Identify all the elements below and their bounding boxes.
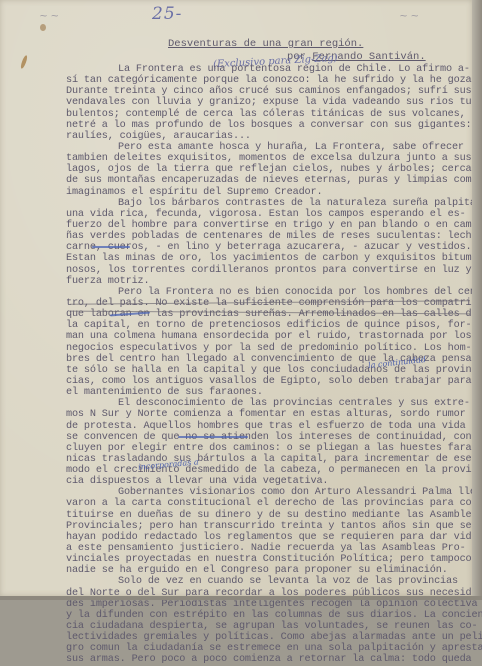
pen-strikethrough <box>92 246 130 248</box>
text-line: tambien deleites exquisitos, momentos de… <box>66 153 476 164</box>
pencil-mark: ⁓ ⁓ <box>40 12 58 21</box>
text-line: de protesta. Aquellos hombres que tras e… <box>66 421 476 432</box>
text-line: de sus montañas encaperuzadas de nieves … <box>66 175 476 186</box>
ink-stain <box>40 24 46 31</box>
text-line: cias, como los antiguos vasallos de Egip… <box>66 376 476 387</box>
text-line: Solo de vez en cuando se levanta la voz … <box>66 576 476 587</box>
text-line: El desconocimiento de las provincias cen… <box>66 398 476 409</box>
text-line: Durante treinta y cinco años crucé sus c… <box>66 86 476 97</box>
text-line: Pero la Frontera no es bien conocida por… <box>66 287 476 298</box>
text-line: te sólo se halla en la capital y que los… <box>66 365 476 376</box>
text-line: fuerzo del hombre para convertirse en tr… <box>66 220 476 231</box>
text-line: La Frontera es una portentosa region de … <box>66 64 476 75</box>
text-line: Pero esta amante hosca y huraña, La Fron… <box>66 142 476 153</box>
text-line: fuerza motriz. <box>66 276 476 287</box>
text-line: ñas verdes pobladas de centenares de mil… <box>66 231 476 242</box>
ink-stain <box>20 55 29 70</box>
text-line: bulentos; contemplé de cerca las cóleras… <box>66 109 476 120</box>
text-line: cluyen por elegir entre dos caminos: o s… <box>66 443 476 454</box>
text-line: man una colmena humana ensordecida por e… <box>66 331 476 342</box>
text-line: Gobernantes visionarios como don Arturo … <box>66 487 476 498</box>
text-line: netré a lo mas profundo de los bosques a… <box>66 120 476 131</box>
text-line: una vida rica, fecunda, vigorosa. Estan … <box>66 209 476 220</box>
document-page: ⁓ ⁓ ⁓ ⁓ 25- Desventuras de una gran regi… <box>0 0 472 596</box>
text-line: modo el crecimiento desmedido de la cabe… <box>66 465 476 476</box>
text-line: Estan las minas de oro, los yacimientos … <box>66 253 476 264</box>
document-title: Desventuras de una gran región. <box>168 38 363 50</box>
text-line: el mantenimiento de sus faraones. <box>66 387 476 398</box>
text-line: tituirse en dueñas de su dinero y de su … <box>66 510 476 521</box>
page-edge <box>0 596 482 600</box>
page-edge <box>472 0 482 600</box>
text-line: Provinciales; pero han transcurrido trei… <box>66 521 476 532</box>
text-line: Bajo los bárbaros contrastes de la natur… <box>66 198 476 209</box>
text-line: vendavales con lluvia y granizo; expuse … <box>66 97 476 108</box>
text-line: hayan podido redactado los reglamentos q… <box>66 532 476 543</box>
handwritten-page-number: 25- <box>152 4 182 24</box>
text-line: raulíes, coigües, araucarias... <box>66 131 476 142</box>
text-line: se convencen de que no se atienden los i… <box>66 432 476 443</box>
document-body: La Frontera es una portentosa region de … <box>66 64 476 600</box>
text-line: la capital, en torno de pretenciosos edi… <box>66 320 476 331</box>
pencil-mark: ⁓ ⁓ <box>400 12 418 21</box>
text-line: nadie se ha erguido en el Congreso para … <box>66 565 476 576</box>
text-line: negocios especulativos y por la sed de p… <box>66 343 476 354</box>
text-line: imaginamos el espíritu del Supremo Cread… <box>66 187 476 198</box>
text-line: mos N Sur y Norte comienza a fomentar en… <box>66 409 476 420</box>
text-line: nosos, los torrentes cordilleranos pront… <box>66 265 476 276</box>
text-line: a este pensamiento justiciero. Nadie rec… <box>66 543 476 554</box>
text-line: varon a la carta constitucional el derec… <box>66 498 476 509</box>
pen-strikethrough <box>178 436 248 438</box>
text-line: nicas trasladando sus bártulos a la capi… <box>66 454 476 465</box>
text-line: cia dispuestos a llevar una vida vegetat… <box>66 476 476 487</box>
text-line: vinciales proyectadas en nuestra Constit… <box>66 554 476 565</box>
text-line: sí tan categóricamente porque la conozco… <box>66 75 476 86</box>
text-line: lagos, ojos de la tierra que reflejan ci… <box>66 164 476 175</box>
